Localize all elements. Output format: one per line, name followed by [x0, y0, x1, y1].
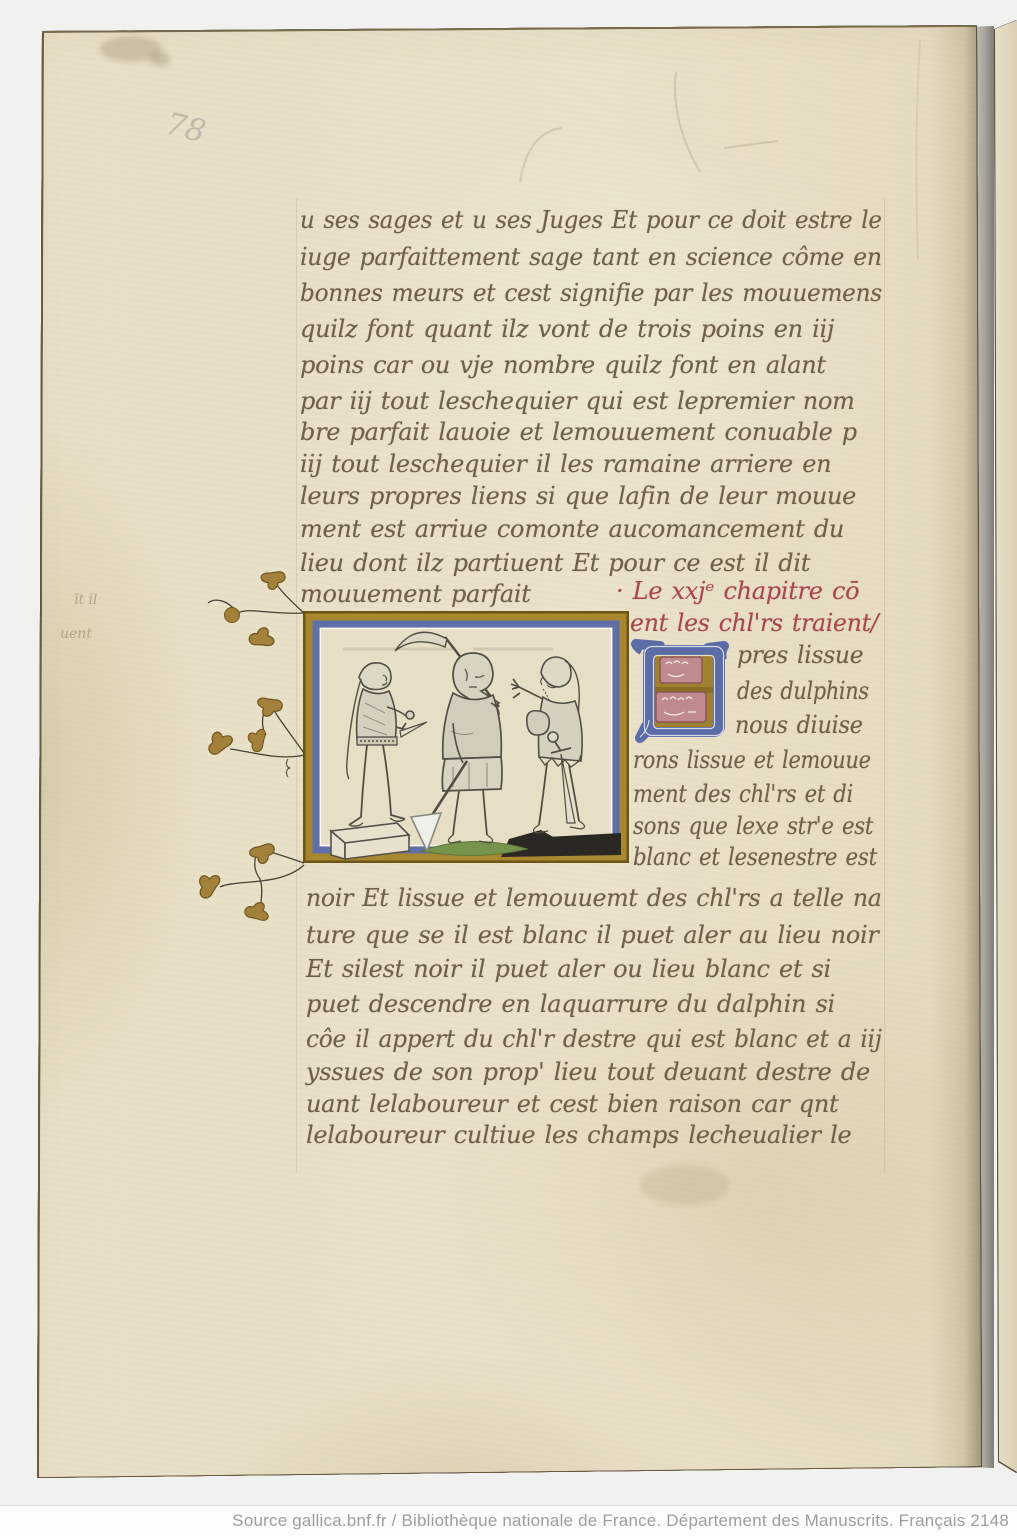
- text-line: mouuement parfait: [300, 580, 532, 608]
- text-line: leurs propres liens si que lafin de leur…: [300, 482, 882, 510]
- text-line: sons que lexe str'e est: [633, 812, 846, 840]
- text-line: des dulphins: [737, 677, 851, 705]
- text-line: puet descendre en laquarrure du dalphin …: [306, 990, 846, 1018]
- stain: [640, 1165, 730, 1205]
- text-line: bonnes meurs et cest signifie par les mo…: [300, 279, 863, 307]
- margin-note: īt il: [74, 592, 98, 608]
- ivy-vine-decoration: [200, 553, 318, 945]
- source-caption-bar: Source gallica.bnf.fr / Bibliothèque nat…: [0, 1505, 1017, 1536]
- text-line: iij tout leschequier il les ramaine arri…: [300, 450, 882, 478]
- illuminated-initial-A: [630, 640, 730, 744]
- text-line: ment est arriue comonte aucomancement du: [300, 515, 882, 543]
- text-line: poins car ou vje nombre quilz font en al…: [300, 351, 882, 379]
- text-line: blanc et lesenestre est: [633, 843, 850, 871]
- text-line: ment des chl'rs et di: [633, 780, 827, 808]
- text-line: par iij tout leschequier qui est lepremi…: [300, 387, 882, 415]
- text-line: ture que se il est blanc il puet aler au…: [306, 921, 882, 949]
- text-line: noir Et lissue et lemouuemt des chl'rs a…: [306, 884, 873, 912]
- text-line: côe il appert du chl'r destre qui est bl…: [306, 1025, 865, 1053]
- text-line: lieu dont ilz partiuent Et pour ce est i…: [300, 549, 882, 577]
- text-line: bre parfait lauoie et lemouuement conuab…: [300, 418, 882, 446]
- text-line: pres lissue: [737, 641, 860, 669]
- text-line: Et silest noir il puet aler ou lieu blan…: [306, 955, 882, 983]
- ruling-line-right: [884, 198, 885, 1173]
- text-line: u ses sages et u ses Juges Et pour ce do…: [300, 206, 854, 234]
- text-line: uant lelaboureur et cest bien raison car…: [306, 1090, 878, 1118]
- text-line: iuge parfaittement sage tant en science …: [300, 243, 870, 271]
- rubric-line: ment les chl'rs traient/: [608, 609, 873, 637]
- rubric-line: · Le xxjᵉ chapitre cō: [616, 577, 880, 605]
- text-line: rons lissue et lemouue: [633, 746, 840, 774]
- text-line: yssues de son prop' lieu tout deuant des…: [306, 1058, 876, 1086]
- text-line: quilz font quant ilz vont de trois poins…: [300, 315, 882, 343]
- text-line: nous diuise: [735, 711, 855, 739]
- text-line: lelaboureur cultiue les champs lecheuali…: [306, 1121, 880, 1149]
- miniature-illustration: [303, 611, 629, 863]
- margin-note: uent: [60, 626, 92, 642]
- source-caption-text: Source gallica.bnf.fr / Bibliothèque nat…: [232, 1511, 1009, 1531]
- scan-background: 78 īt il uent u ses sages et u ses Juges…: [0, 0, 1017, 1536]
